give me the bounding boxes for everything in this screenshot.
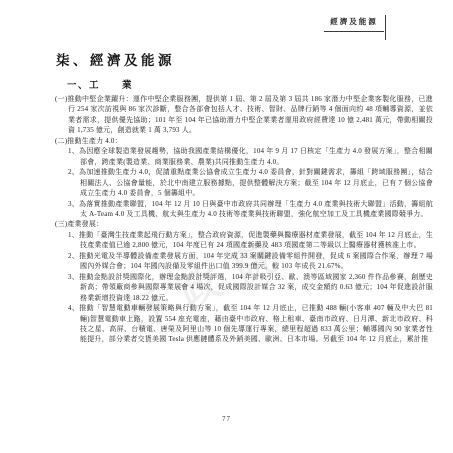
corner-tab-divider (385, 15, 386, 40)
paragraph: 2、為加速推動生產力 4.0，促請重點產業公協會成立生產力 4.0 委員會，針對… (68, 167, 433, 198)
paragraph-text: 為落實推動產業聯盟，104 年 12 月 10 日與臺中市政府共同辦理「生產力 … (79, 200, 433, 218)
chapter-title: 柒、經濟及能源 (56, 49, 175, 69)
paragraph-label: (二) (55, 137, 67, 145)
paragraph-label: 2、 (68, 168, 79, 176)
paragraph: 1、推動「臺灣生技產業起飛行動方案」，整合政府資源，促進製藥與醫療器材產業發展，… (68, 230, 433, 251)
paragraph: 3、推動金點設計獎國際化，辦理金點設計獎評選，104 年計吸引亞、歐、澳等區域國… (68, 272, 433, 303)
section-heading: 一、工 業 (67, 77, 133, 91)
paragraph: 3、為落實推動產業聯盟，104 年 12 月 10 日與臺中市政府共同辦理「生產… (68, 199, 433, 220)
page-number: 77 (0, 415, 453, 423)
body-text: (一)推動中堅企業躍升：運作中堅企業服務團，提供第 1 屆、第 2 屆及第 3 … (55, 94, 433, 345)
paragraph: (二)推動生產力 4.0： (55, 136, 433, 146)
paragraph-text: 推動生產力 4.0： (67, 137, 122, 145)
paragraph-label: (三) (55, 220, 67, 228)
paragraph: (三)產業發展： (55, 219, 433, 229)
paragraph-label: 3、 (68, 273, 79, 281)
paragraph-text: 為因應全球製造業發展趨勢，協助我國產業結構優化，104 年 9 月 17 日核定… (79, 147, 433, 165)
paragraph-label: (一) (55, 95, 67, 103)
paragraph-label: 4、 (68, 304, 79, 312)
paragraph-label: 2、 (68, 252, 79, 260)
paragraph-label: 3、 (68, 200, 79, 208)
paragraph-text: 推動光電及半導體設備產業發展方面，104 年完成 33 案關鍵設備零組件開發，促… (79, 252, 433, 270)
paragraph-text: 推動金點設計獎國際化，辦理金點設計獎評選，104 年計吸引亞、歐、澳等區域國家 … (79, 273, 433, 302)
chapter-corner-tab: 經濟及能源 (324, 16, 384, 32)
paragraph: 4、推動「智慧電動車輛發展策略與行動方案」，截至 104 年 12 月底止，已推… (68, 303, 433, 345)
paragraph-label: 1、 (68, 231, 79, 239)
paragraph-text: 推動「智慧電動車輛發展策略與行動方案」，截至 104 年 12 月底止，已推動 … (79, 304, 433, 343)
paragraph-label: 1、 (68, 147, 79, 155)
paragraph-text: 產業發展： (67, 220, 103, 228)
paragraph: (一)推動中堅企業躍升：運作中堅企業服務團，提供第 1 屆、第 2 屆及第 3 … (55, 94, 433, 136)
paragraph-text: 為加速推動生產力 4.0，促請重點產業公協會成立生產力 4.0 委員會，針對關鍵… (79, 168, 433, 197)
paragraph-text: 推動中堅企業躍升：運作中堅企業服務團，提供第 1 屆、第 2 屆及第 3 屆共 … (67, 95, 433, 134)
paragraph-text: 推動「臺灣生技產業起飛行動方案」，整合政府資源，促進製藥與醫療器材產業發展，截至… (79, 231, 433, 249)
paragraph: 2、推動光電及半導體設備產業發展方面，104 年完成 33 案關鍵設備零組件開發… (68, 251, 433, 272)
paragraph: 1、為因應全球製造業發展趨勢，協助我國產業結構優化，104 年 9 月 17 日… (68, 146, 433, 167)
document-page: 行政院 經濟及能源 柒、經濟及能源 一、工 業 (一)推動中堅企業躍升：運作中堅… (0, 0, 453, 453)
